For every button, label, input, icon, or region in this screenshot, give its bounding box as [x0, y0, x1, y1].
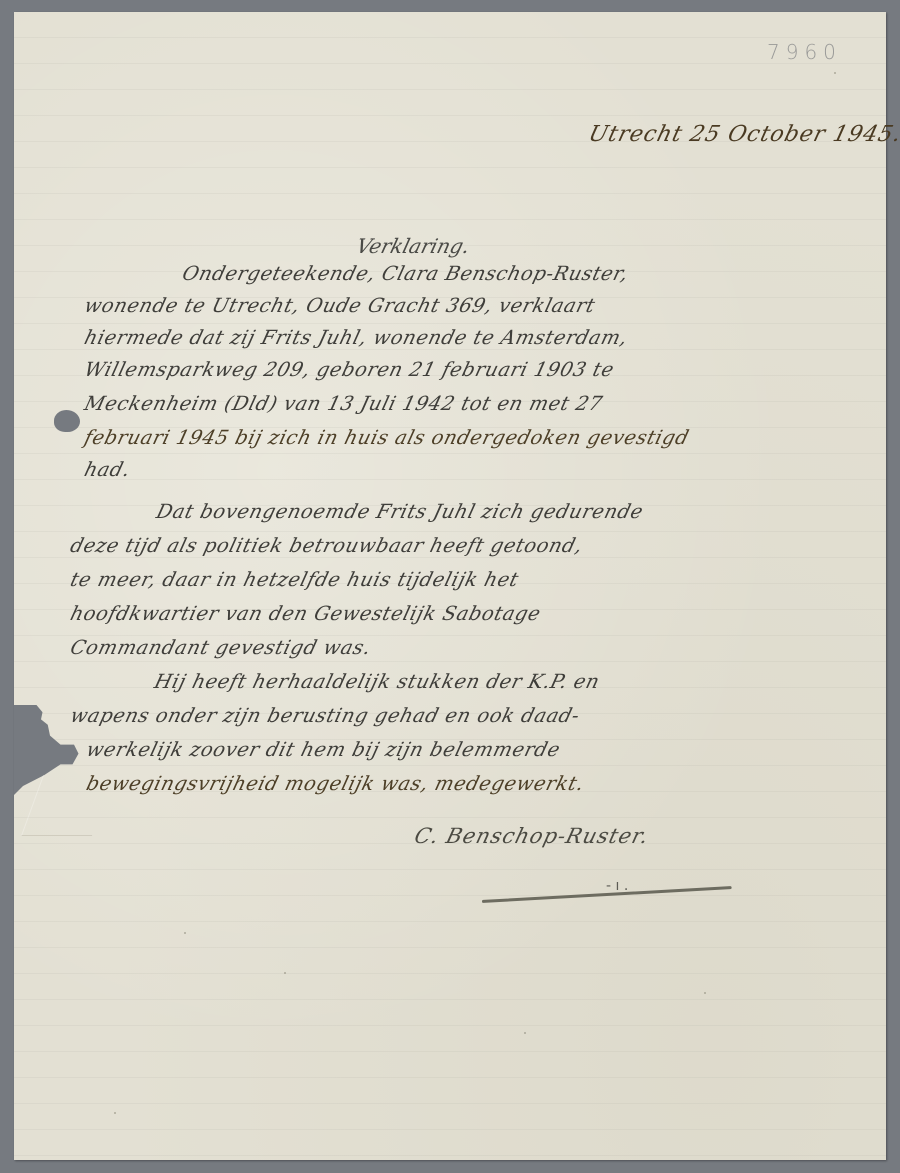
document-title: Verklaring.: [354, 234, 472, 258]
paper-speck: [524, 1032, 526, 1034]
paper-speck: [184, 932, 186, 934]
paper-speck: [704, 992, 706, 994]
body-line: hiermede dat zij Frits Juhl, wonende te …: [82, 326, 630, 349]
body-line: bewegingsvrijheid mogelijk was, medegewe…: [84, 772, 587, 795]
punch-hole: [54, 410, 80, 432]
body-line: werkelijk zoover dit hem bij zijn belemm…: [84, 738, 563, 761]
paper-speck: [834, 72, 836, 74]
body-line: wonende te Utrecht, Oude Gracht 369, ver…: [82, 294, 598, 317]
body-line: had.: [82, 458, 133, 481]
body-line: Willemsparkweg 209, geboren 21 februari …: [82, 358, 617, 381]
body-line: februari 1945 bij zich in huis als onder…: [82, 426, 692, 449]
signature-mark: - ı .: [606, 878, 628, 894]
body-line: Commandant gevestigd was.: [68, 636, 374, 659]
letter-page: 7960 Utrecht 25 October 1945. Verklaring…: [14, 12, 886, 1160]
body-line: Meckenheim (Dld) van 13 Juli 1942 tot en…: [82, 392, 605, 415]
paper-speck: [284, 972, 286, 974]
body-line: hoofdkwartier van den Gewestelijk Sabota…: [68, 602, 543, 625]
body-line: deze tijd als politiek betrouwbaar heeft…: [68, 534, 585, 557]
body-line: Ondergeteekende, Clara Benschop-Ruster,: [180, 262, 631, 285]
place-date: Utrecht 25 October 1945.: [586, 122, 900, 147]
paper-speck: [114, 1112, 116, 1114]
signature: C. Benschop-Ruster.: [412, 824, 652, 848]
body-line: Hij heeft herhaaldelijk stukken der K.P.…: [152, 670, 602, 693]
body-line: wapens onder zijn berusting gehad en ook…: [68, 704, 582, 727]
body-line: Dat bovengenoemde Frits Juhl zich gedure…: [154, 500, 646, 523]
body-line: te meer, daar in hetzelfde huis tijdelij…: [68, 568, 521, 591]
archive-number: 7960: [767, 40, 842, 64]
